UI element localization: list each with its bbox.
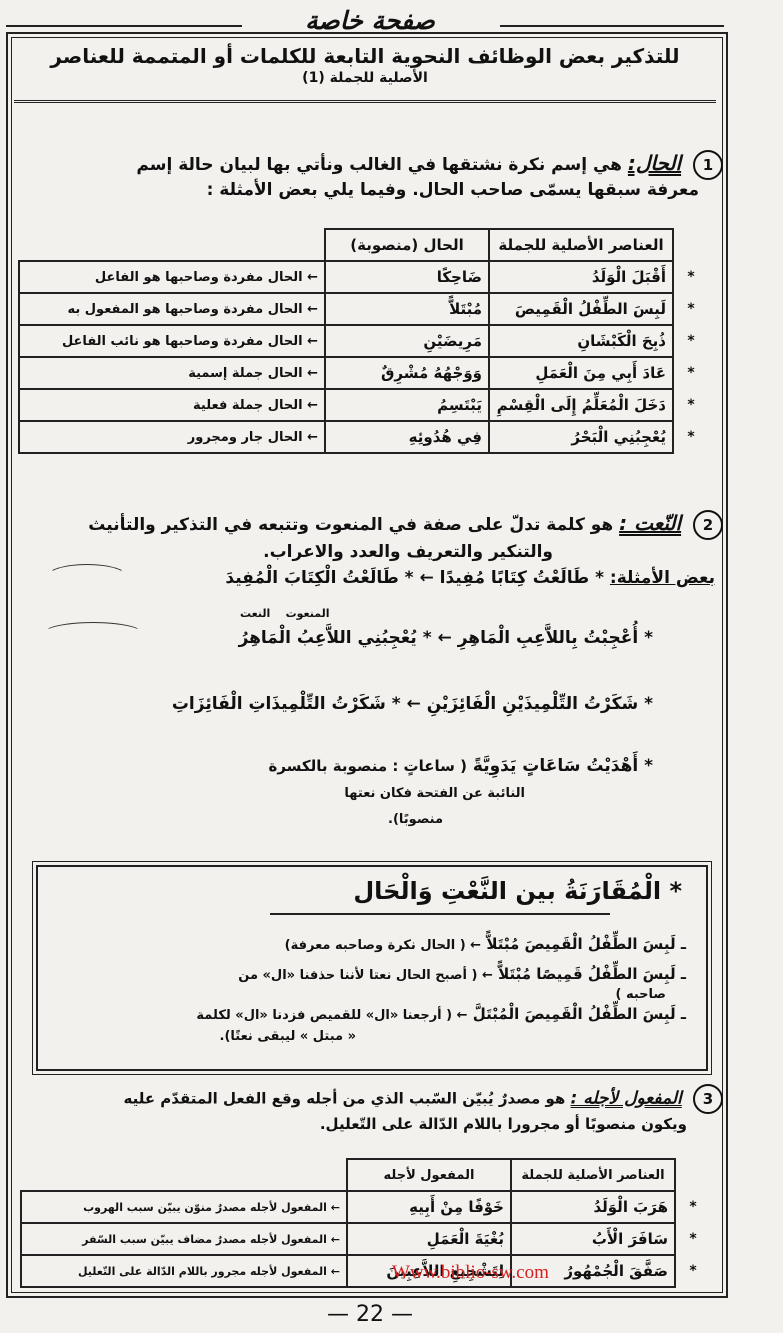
section1-def-line1: هي إسم نكرة نشتقها في الغالب ونأتي بها ل… [136, 155, 622, 175]
cell-note: ← الحال جملة فعلية [19, 389, 325, 421]
curved-arrow-icon [46, 564, 128, 590]
section1-number: 1 [693, 150, 723, 180]
cell-base: لَبِسَ الطِّفْلُ الْقَمِيصَ [489, 293, 673, 325]
example-left: * طَالَعْتُ كِتَابًا مُفِيدًا [440, 568, 604, 588]
star-icon: * [673, 357, 708, 389]
section1-definition: 1 الحال: هي إسم نكرة نشتقها في الغالب ون… [43, 150, 723, 180]
example-right: * يُعْجِبُنِي اللاَّعِبُ الْمَاهِرُ [239, 628, 432, 648]
cell-note: ← الحال جملة إسمية [19, 357, 325, 389]
annotation-mano3ut: المنعوت [286, 607, 330, 620]
comparison-title-text: الْمُقَارَنَةُ بين النَّعْتِ وَالْحَال [353, 877, 661, 905]
example-last-note1: ( ساعاتٍ : منصوبة بالكسرة [268, 757, 466, 775]
table-row: * أَقْبَلَ الْوَلَدُ ضَاحِكًا ← الحال مف… [19, 261, 708, 293]
example-right: * طَالَعْتُ الْكِتَابَ الْمُفِيدَ [225, 568, 413, 588]
annotation-labels: المنعوت النعت [240, 607, 330, 620]
cell-note: ← المفعول لأجله مجرور باللام الدّالة على… [21, 1255, 347, 1287]
cell-base: دَخَلَ الْمُعَلِّمُ إِلَى الْقِسْمِ [489, 389, 673, 421]
example-left: * شَكَرْتُ التِّلْمِيذَيْنِ الْفَائِزَيْ… [427, 694, 653, 714]
example-last-note3: منصوبًا). [293, 812, 443, 827]
header-box: للتذكير بعض الوظائف النحوية التابعة للكل… [14, 40, 716, 103]
comparison-note2: « مبتل » ليبقى نعتًا). [220, 1029, 356, 1044]
example-left: * أُعْجِبْتُ بِاللاَّعِبِ الْمَاهِرِ [458, 628, 653, 648]
section2-def-line2: والتنكير والتعريف والعدد والاعراب. [53, 540, 553, 564]
cell-note: ← المفعول لأجله مصدرٌ منوّن يبيّن سبب ال… [21, 1191, 347, 1223]
section2-term: النّعت : [619, 511, 681, 535]
section3-definition: 3 المفعول لأجله : هو مصدرٌ يُبيّن السّبب… [23, 1084, 723, 1114]
annotation-na3t: النعت [240, 607, 270, 620]
cell-base: هَرَبَ الْوَلَدُ [511, 1191, 675, 1223]
example-last-note2: النائبة عن الفتحة فكان نعتها [275, 786, 525, 801]
star-icon: * [675, 1191, 710, 1223]
comparison-sentence: ـ لَبِسَ الطِّفْلُ الْقَمِيصَ مُبْتَلاًّ [486, 935, 686, 953]
cell-base: ذُبِحَ الْكَبْشَانِ [489, 325, 673, 357]
comparison-note: ← ( أصبح الحال نعتا لأننا حذفنا «ال» من [238, 968, 493, 983]
cell-base: يُعْجِبُنِي الْبَحْرُ [489, 421, 673, 453]
header-line1: للتذكير بعض الوظائف النحوية التابعة للكل… [14, 44, 716, 68]
cell-note: ← الحال جار ومجرور [19, 421, 325, 453]
hal-header-hal: الحال (منصوبة) [325, 229, 489, 261]
cell-mafool: خَوْفًا مِنْ أَبِيهِ [347, 1191, 511, 1223]
cell-base: أَقْبَلَ الْوَلَدُ [489, 261, 673, 293]
table-row: * ذُبِحَ الْكَبْشَانِ مَرِيضَيْنِ ← الحا… [19, 325, 708, 357]
cell-hal: فِي هُدُوئِهِ [325, 421, 489, 453]
cell-base: سَافَرَ الْأَبُ [511, 1223, 675, 1255]
mafool-table: العناصر الأصلية للجملة المفعول لأجله * ه… [20, 1158, 710, 1288]
comparison-line-1: ـ لَبِسَ الطِّفْلُ الْقَمِيصَ مُبْتَلاًّ… [285, 935, 686, 953]
comparison-sentence: ـ لَبِسَ الطِّفْلُ قَمِيصًا مُبْتَلاًّ [498, 965, 686, 983]
page-number: — 22 — [0, 1302, 740, 1327]
comparison-note2: صاحبه ) [616, 987, 666, 1002]
cell-note: ← الحال مفردة وصاحبها هو نائب الفاعل [19, 325, 325, 357]
comparison-sentence: ـ لَبِسَ الطِّفْلُ الْقَمِيصَ الْمُبْتَل… [473, 1005, 686, 1023]
cell-note: ← الحال مفردة وصاحبها هو الفاعل [19, 261, 325, 293]
example-right: * شَكَرْتُ التِّلْمِيذَاتِ الْفَائِزَاتِ [172, 694, 401, 714]
arrow-left-icon: ← [419, 568, 433, 588]
comparison-title: * الْمُقَارَنَةُ بين النَّعْتِ وَالْحَال [353, 877, 682, 905]
hal-table-header: العناصر الأصلية للجملة الحال (منصوبة) [19, 229, 708, 261]
star-icon: * [673, 389, 708, 421]
cell-mafool: بُغْيَةَ الْعَمَلِ [347, 1223, 511, 1255]
hal-header-base: العناصر الأصلية للجملة [489, 229, 673, 261]
table-row: * هَرَبَ الْوَلَدُ خَوْفًا مِنْ أَبِيهِ … [21, 1191, 710, 1223]
star-icon: * [673, 261, 708, 293]
star-icon: * [675, 1255, 710, 1287]
comparison-note: ← ( أرجعنا «ال» للقميص فزدنا «ال» لكلمة [196, 1008, 467, 1023]
section3-def-line1: هو مصدرٌ يُبيّن السّبب الذي من أجله وقع … [124, 1090, 566, 1108]
star-icon: * [673, 293, 708, 325]
cell-base: عَادَ أَبِي مِنَ الْعَمَلِ [489, 357, 673, 389]
na3t-example-1: بعض الأمثلة: * طَالَعْتُ كِتَابًا مُفِيد… [225, 568, 715, 588]
section2-number: 2 [693, 510, 723, 540]
comparison-line-3: ـ لَبِسَ الطِّفْلُ الْقَمِيصَ الْمُبْتَل… [196, 1005, 686, 1023]
na3t-example-4: * أَهْدَيْتُ سَاعَاتٍ يَدَوِيَّةً ( ساعا… [268, 756, 653, 776]
star-icon: * [673, 325, 708, 357]
curved-arrow-icon [42, 622, 144, 646]
comparison-note: ← ( الحال نكرة وصاحبه معرفة) [285, 938, 481, 953]
comparison-line-2: ـ لَبِسَ الطِّفْلُ قَمِيصًا مُبْتَلاًّ ←… [238, 965, 686, 983]
hal-table: العناصر الأصلية للجملة الحال (منصوبة) * … [18, 228, 708, 454]
section2-definition: 2 النّعت : هو كلمة تدلّ على صفة في المنع… [33, 510, 723, 540]
cell-hal: يَبْتَسِمُ [325, 389, 489, 421]
table-row: * صَفَّقَ الْجُمْهُورُ لِتَشْجِيعِ اللاَ… [21, 1255, 710, 1287]
header-line2: الأصلية للجملة (1) [14, 70, 716, 86]
star-icon: * [675, 1223, 710, 1255]
arrow-left-icon: ← [407, 694, 421, 714]
section3-term: المفعول لأجله : [571, 1089, 682, 1109]
star-icon: * [673, 421, 708, 453]
table-row: * سَافَرَ الْأَبُ بُغْيَةَ الْعَمَلِ ← ا… [21, 1223, 710, 1255]
section3-def-line2: ويكون منصوبًا أو مجرورا باللام الدّالة ع… [87, 1112, 687, 1136]
mafool-header-mafool: المفعول لأجله [347, 1159, 511, 1191]
table-row: * عَادَ أَبِي مِنَ الْعَمَلِ وَوَجْهُهُ … [19, 357, 708, 389]
cell-note: ← المفعول لأجله مصدرٌ مضاف يبيّن سبب الس… [21, 1223, 347, 1255]
section1-def-line2: معرفة سبقها يسمّى صاحب الحال. وفيما يلي … [59, 178, 699, 202]
watermark: Www.biblio-sw.com [392, 1262, 549, 1284]
cell-note: ← الحال مفردة وصاحبها هو المفعول به [19, 293, 325, 325]
cell-hal: مُبْتَلاًّ [325, 293, 489, 325]
arrow-left-icon: ← [438, 628, 452, 648]
page: صفحة خاصة للتذكير بعض الوظائف النحوية ال… [0, 0, 783, 1333]
na3t-example-2: * أُعْجِبْتُ بِاللاَّعِبِ الْمَاهِرِ ← *… [239, 628, 653, 648]
example-last: * أَهْدَيْتُ سَاعَاتٍ يَدَوِيَّةً [473, 756, 653, 776]
table-row: * لَبِسَ الطِّفْلُ الْقَمِيصَ مُبْتَلاًّ… [19, 293, 708, 325]
comparison-box: * الْمُقَارَنَةُ بين النَّعْتِ وَالْحَال… [36, 865, 708, 1071]
na3t-example-3: * شَكَرْتُ التِّلْمِيذَيْنِ الْفَائِزَيْ… [172, 694, 653, 714]
mafool-table-header: العناصر الأصلية للجملة المفعول لأجله [21, 1159, 710, 1191]
star-icon: * [669, 877, 682, 905]
mafool-header-base: العناصر الأصلية للجملة [511, 1159, 675, 1191]
cell-hal: ضَاحِكًا [325, 261, 489, 293]
page-title: صفحة خاصة [0, 6, 740, 35]
table-row: * يُعْجِبُنِي الْبَحْرُ فِي هُدُوئِهِ ← … [19, 421, 708, 453]
section1-term: الحال: [628, 151, 681, 175]
cell-hal: مَرِيضَيْنِ [325, 325, 489, 357]
cell-hal: وَوَجْهُهُ مُشْرِقٌ [325, 357, 489, 389]
section3-number: 3 [693, 1084, 723, 1114]
section2-def-line1: هو كلمة تدلّ على صفة في المنعوت وتتبعه ف… [88, 515, 613, 535]
examples-label: بعض الأمثلة: [610, 568, 715, 588]
table-row: * دَخَلَ الْمُعَلِّمُ إِلَى الْقِسْمِ يَ… [19, 389, 708, 421]
comparison-rule [270, 913, 610, 915]
